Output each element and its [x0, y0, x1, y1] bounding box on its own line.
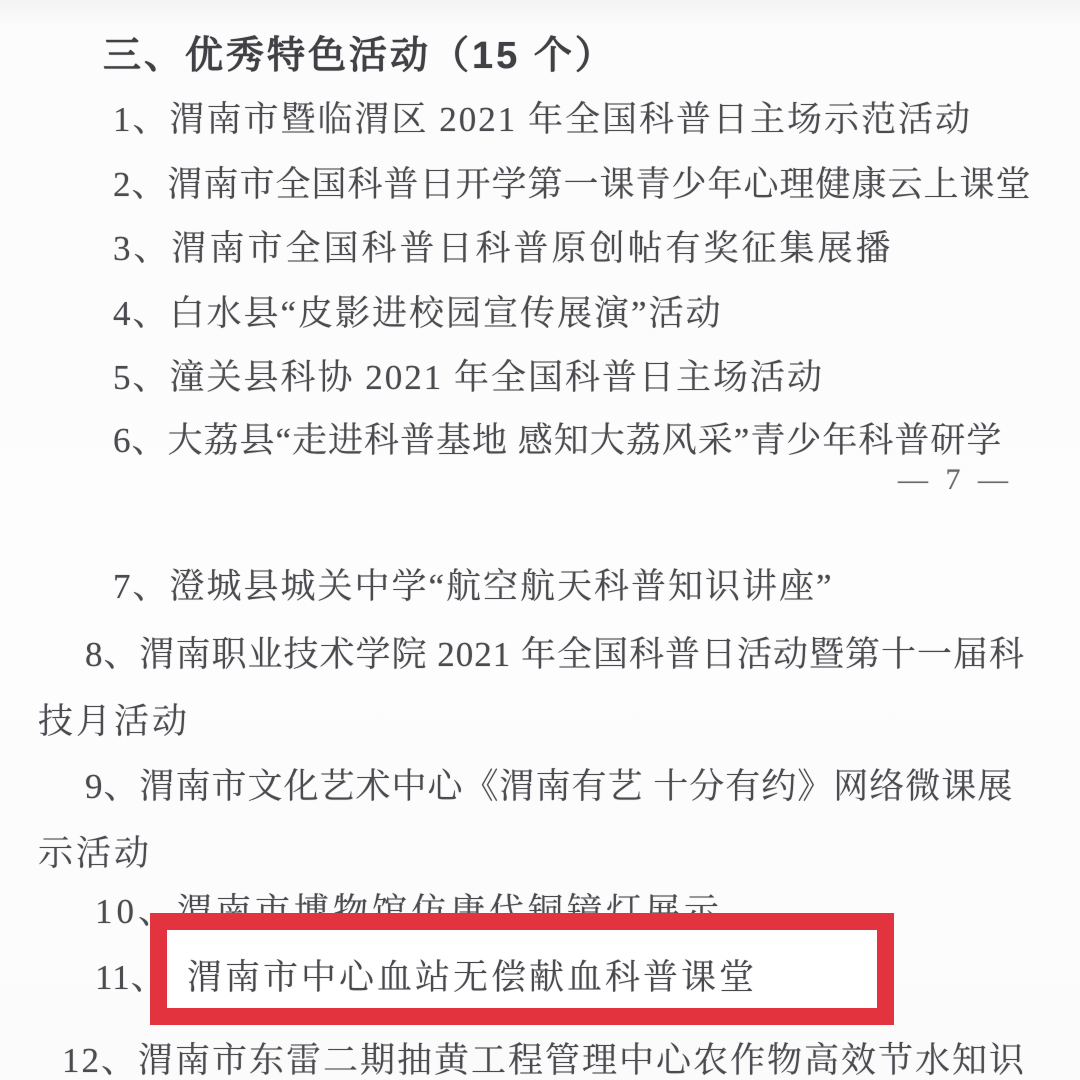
list-item-8-line-1: 8、渭南职业技术学院 2021 年全国科普日活动暨第十一届科 — [85, 627, 1025, 677]
page-number: — 7 — — [898, 463, 1013, 497]
list-item-11-highlighted-text: 渭南市中心血站无偿献血科普课堂 — [187, 950, 757, 1000]
list-item-12: 12、渭南市东雷二期抽黄工程管理中心农作物高效节水知识 — [62, 1033, 1026, 1080]
list-item-6: 6、大荔县“走进科普基地 感知大荔风采”青少年科普研学 — [113, 413, 1002, 463]
list-item-7: 7、澄城县城关中学“航空航天科普知识讲座” — [113, 559, 834, 609]
list-item-3: 3、渭南市全国科普日科普原创帖有奖征集展播 — [113, 221, 894, 271]
list-item-9-line-1: 9、渭南市文化艺术中心《渭南有艺 十分有约》网络微课展 — [85, 759, 1013, 809]
list-item-5: 5、潼关县科协 2021 年全国科普日主场活动 — [113, 350, 824, 400]
section-heading: 三、优秀特色活动（15 个） — [103, 24, 616, 79]
list-item-11-number: 11、 — [95, 950, 167, 1000]
list-item-8-line-2: 技月活动 — [38, 694, 190, 744]
scanned-document-page: 三、优秀特色活动（15 个） 1、渭南市暨临渭区 2021 年全国科普日主场示范… — [0, 0, 1080, 1080]
list-item-1: 1、渭南市暨临渭区 2021 年全国科普日主场示范活动 — [113, 92, 972, 142]
list-item-2: 2、渭南市全国科普日开学第一课青少年心理健康云上课堂 — [113, 157, 1032, 207]
list-item-9-line-2: 示活动 — [38, 826, 152, 876]
list-item-4: 4、白水县“皮影进校园宣传展演”活动 — [113, 286, 723, 336]
